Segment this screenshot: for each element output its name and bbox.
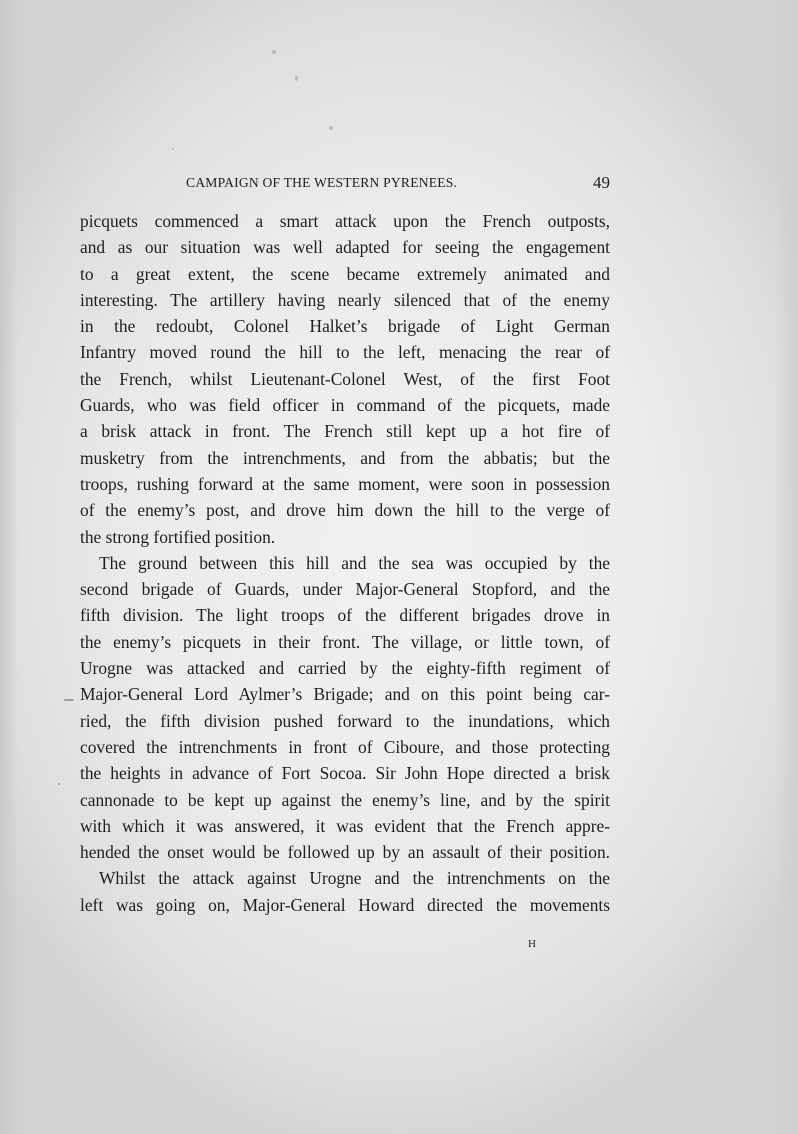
paper-speck xyxy=(172,148,174,150)
text-line: Guards, who was field officer in command… xyxy=(80,392,610,418)
text-line: to a great extent, the scene became extr… xyxy=(80,261,610,287)
text-line: a brisk attack in front. The French stil… xyxy=(80,418,610,444)
text-line: in the redoubt, Colonel Halket’s brigade… xyxy=(80,313,610,339)
text-line-paragraph-start: The ground between this hill and the sea… xyxy=(80,550,610,576)
text-line: left was going on, Major-General Howard … xyxy=(80,892,610,918)
text-line: Urogne was attacked and carried by the e… xyxy=(80,655,610,681)
text-line: covered the intrenchments in front of Ci… xyxy=(80,734,610,760)
paper-speck xyxy=(272,50,276,54)
text-line: Major-General Lord Aylmer’s Brigade; and… xyxy=(80,681,610,707)
text-line: ried, the fifth division pushed forward … xyxy=(80,708,610,734)
text-line: troops, rushing forward at the same mome… xyxy=(80,471,610,497)
text-line: Infantry moved round the hill to the lef… xyxy=(80,339,610,365)
signature-mark: H xyxy=(528,938,536,950)
text-line: the enemy’s picquets in their front. The… xyxy=(80,629,610,655)
paper-speck xyxy=(295,76,298,81)
text-line: musketry from the intrenchments, and fro… xyxy=(80,445,610,471)
text-line: the French, whilst Lieutenant-Colonel We… xyxy=(80,366,610,392)
text-line: interesting. The artillery having nearly… xyxy=(80,287,610,313)
text-line: and as our situation was well adapted fo… xyxy=(80,234,610,260)
page-number: 49 xyxy=(593,173,610,193)
text-line: of the enemy’s post, and drove him down … xyxy=(80,497,610,523)
text-line-paragraph-end: hended the onset would be followed up by… xyxy=(80,839,610,865)
running-head: CAMPAIGN OF THE WESTERN PYRENEES. 49 xyxy=(186,173,610,197)
text-line: second brigade of Guards, under Major-Ge… xyxy=(80,576,610,602)
body-text: picquets commenced a smart attack upon t… xyxy=(80,208,610,918)
paper-speck xyxy=(64,699,74,701)
text-line: picquets commenced a smart attack upon t… xyxy=(80,208,610,234)
page-edge-left xyxy=(0,0,18,1134)
text-line-paragraph-start: Whilst the attack against Urogne and the… xyxy=(80,865,610,891)
text-line: with which it was answered, it was evide… xyxy=(80,813,610,839)
text-line: fifth division. The light troops of the … xyxy=(80,602,610,628)
text-line-paragraph-end: the strong fortified position. xyxy=(80,524,610,550)
text-line: cannonade to be kept up against the enem… xyxy=(80,787,610,813)
page-edge-right xyxy=(776,0,798,1134)
paper-speck xyxy=(329,126,333,130)
paper-speck xyxy=(58,783,60,785)
text-line: the heights in advance of Fort Socoa. Si… xyxy=(80,760,610,786)
running-head-title: CAMPAIGN OF THE WESTERN PYRENEES. xyxy=(186,175,457,191)
